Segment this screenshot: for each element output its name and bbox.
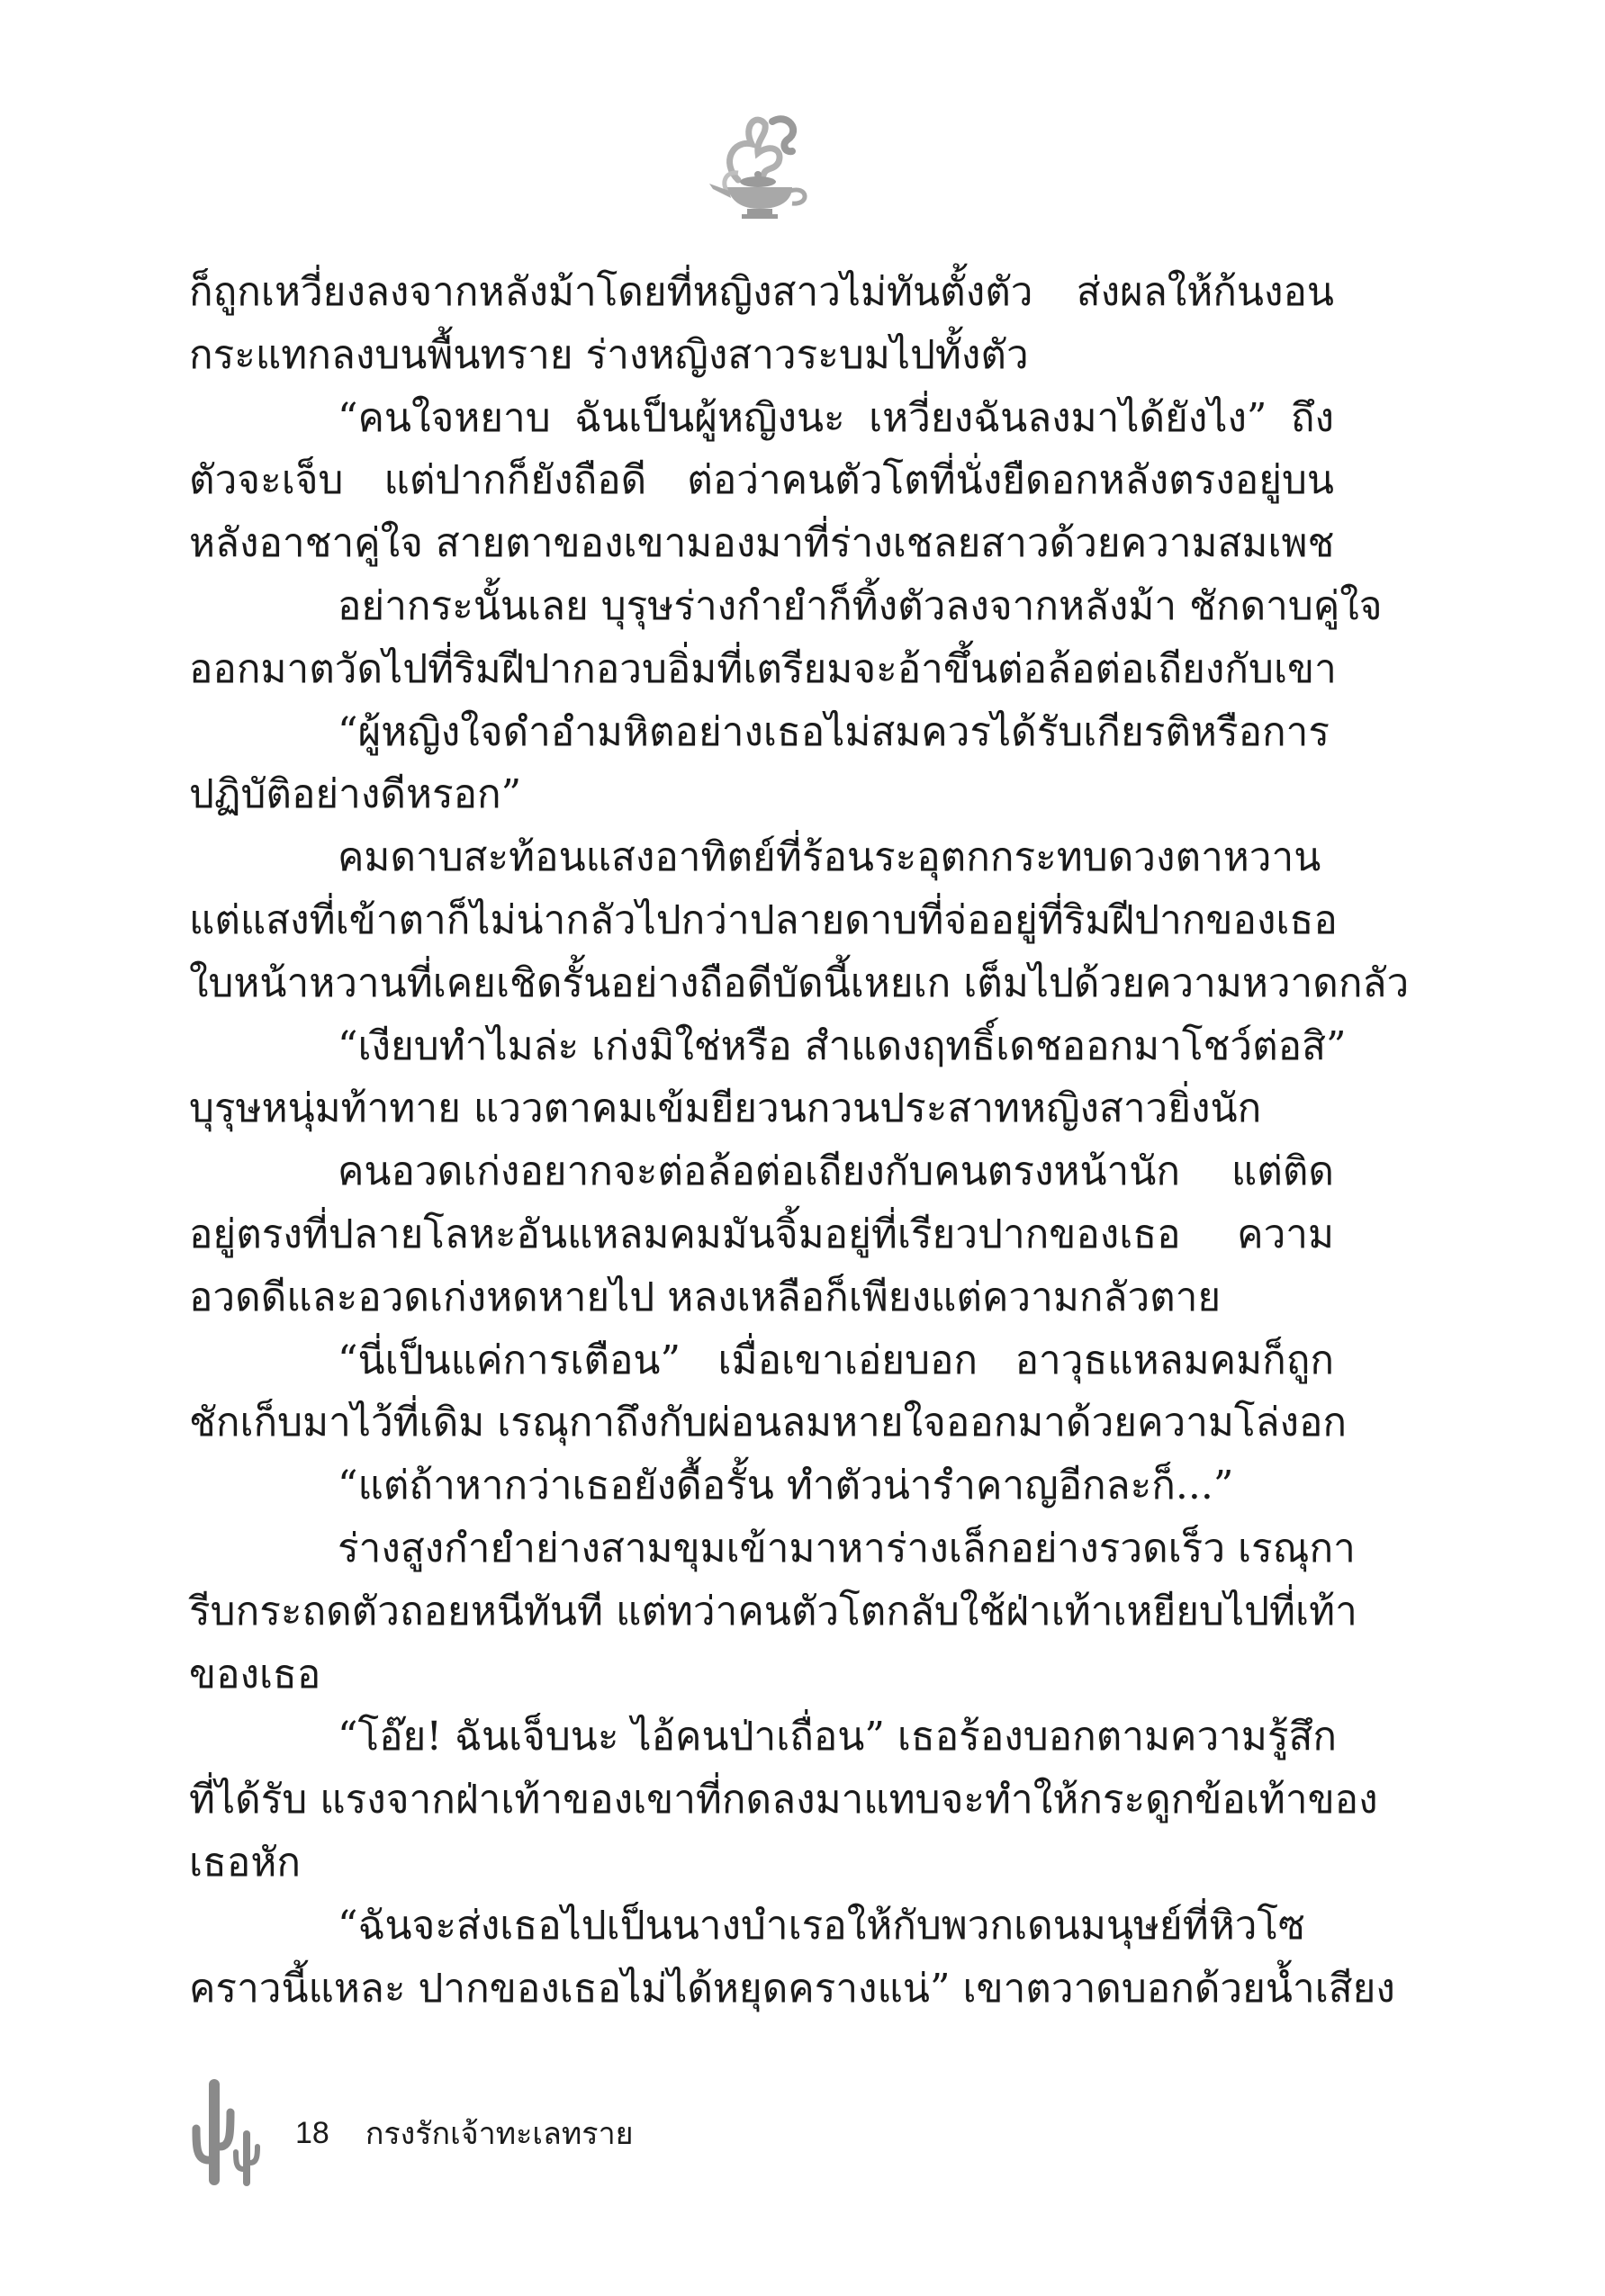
text-line: “คนใจหยาบ ฉันเป็นผู้หญิงนะ เหวี่ยงฉันลงม… <box>189 387 1334 450</box>
cactus-icon <box>189 2075 261 2192</box>
book-title: กรงรักเจ้าทะเลทราย <box>365 2109 634 2157</box>
text-line: บุรุษหนุ่มท้าทาย แววตาคมเข้มยียวนกวนประส… <box>189 1077 1334 1140</box>
text-line: ตัวจะเจ็บ แต่ปากก็ยังถือดี ต่อว่าคนตัวโต… <box>189 449 1334 512</box>
body-text: ก็ถูกเหวี่ยงลงจากหลังม้าโดยที่หญิงสาวไม่… <box>189 261 1334 2020</box>
text-line: “เงียบทำไมล่ะ เก่งมิใช่หรือ สำแดงฤทธิ์เด… <box>189 1015 1334 1078</box>
text-line: กระแทกลงบนพื้นทราย ร่างหญิงสาวระบมไปทั้ง… <box>189 324 1334 387</box>
text-line: ของเธอ <box>189 1643 1334 1706</box>
text-line: “ผู้หญิงใจดำอำมหิตอย่างเธอไม่สมควรได้รับ… <box>189 701 1334 764</box>
text-line: ชักเก็บมาไว้ที่เดิม เรณุกาถึงกับผ่อนลมหา… <box>189 1391 1334 1454</box>
text-line: รีบกระถดตัวถอยหนีทันที แต่ทว่าคนตัวโตกลั… <box>189 1580 1334 1643</box>
page-number: 18 <box>295 2116 329 2151</box>
text-line: อย่ากระนั้นเลย บุรุษร่างกำยำก็ทิ้งตัวลงจ… <box>189 575 1334 638</box>
text-line: ก็ถูกเหวี่ยงลงจากหลังม้าโดยที่หญิงสาวไม่… <box>189 261 1334 324</box>
text-line: “โอ๊ย! ฉันเจ็บนะ ไอ้คนป่าเถื่อน” เธอร้อง… <box>189 1706 1334 1769</box>
text-line: หลังอาชาคู่ใจ สายตาของเขามองมาที่ร่างเชล… <box>189 512 1334 575</box>
text-line: คมดาบสะท้อนแสงอาทิตย์ที่ร้อนระอุตกกระทบด… <box>189 826 1334 889</box>
text-line: เธอหัก <box>189 1832 1334 1895</box>
text-line: อวดดีและอวดเก่งหดหายไป หลงเหลือก็เพียงแต… <box>189 1266 1334 1329</box>
page-footer: 18 กรงรักเจ้าทะเลทราย <box>189 2075 634 2192</box>
magic-lamp-icon <box>702 108 828 225</box>
text-line: “ฉันจะส่งเธอไปเป็นนางบำเรอให้กับพวกเดนมน… <box>189 1895 1334 1958</box>
text-line: คนอวดเก่งอยากจะต่อล้อต่อเถียงกับคนตรงหน้… <box>189 1140 1334 1203</box>
text-line: “นี่เป็นแค่การเตือน” เมื่อเขาเอ่ยบอก อาว… <box>189 1329 1334 1392</box>
text-line: ที่ได้รับ แรงจากฝ่าเท้าของเขาที่กดลงมาแท… <box>189 1769 1334 1832</box>
text-line: อยู่ตรงที่ปลายโลหะอันแหลมคมมันจิ้มอยู่ที… <box>189 1203 1334 1266</box>
text-line: ร่างสูงกำยำย่างสามขุมเข้ามาหาร่างเล็กอย่… <box>189 1517 1334 1580</box>
text-line: ใบหน้าหวานที่เคยเชิดรั้นอย่างถือดีบัดนี้… <box>189 952 1334 1015</box>
text-line: ออกมาตวัดไปที่ริมฝีปากอวบอิ่มที่เตรียมจะ… <box>189 638 1334 701</box>
text-line: คราวนี้แหละ ปากของเธอไม่ได้หยุดครางแน่” … <box>189 1958 1334 2021</box>
text-line: ปฏิบัติอย่างดีหรอก” <box>189 763 1334 826</box>
text-line: “แต่ถ้าหากว่าเธอยังดื้อรั้น ทำตัวน่ารำคา… <box>189 1454 1334 1517</box>
text-line: แต่แสงที่เข้าตาก็ไม่น่ากลัวไปกว่าปลายดาบ… <box>189 889 1334 952</box>
book-page: ก็ถูกเหวี่ยงลงจากหลังม้าโดยที่หญิงสาวไม่… <box>0 0 1605 2296</box>
